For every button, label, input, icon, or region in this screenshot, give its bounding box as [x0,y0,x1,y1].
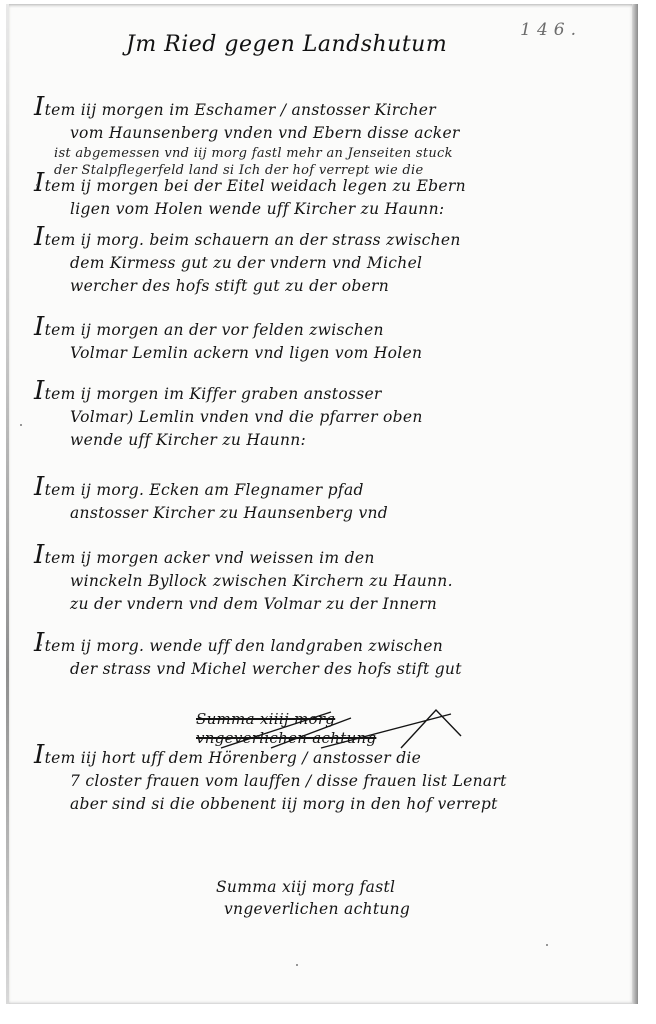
folio-number: 146. [520,20,582,40]
summary-line: Summa xiij morg fastl [216,876,410,898]
scan-speck [296,964,298,966]
entry-line: Item ij morgen acker vnd weissen im den [34,544,624,570]
entry-4: Item ij morgen an der vor felden zwische… [34,316,624,365]
scan-edge-left [6,4,9,1004]
entry-line: Volmar Lemlin ackern vnd ligen vom Holen [34,342,624,365]
entry-line: Item ij morg. beim schauern an der stras… [34,226,624,252]
interlinear-note: ist abgemessen vnd iij morg fastl mehr a… [34,145,624,162]
entry-line: Volmar) Lemlin vnden vnd die pfarrer obe… [34,406,624,429]
entry-line: Item iij hort uff dem Hörenberg / anstos… [34,744,624,770]
entry-line: Item ij morgen im Kiffer graben anstosse… [34,380,624,406]
entry-final: Item iij hort uff dem Hörenberg / anstos… [34,744,624,816]
entry-line: anstosser Kircher zu Haunsenberg vnd [34,502,624,525]
entry-line: wercher des hofs stift gut zu der obern [34,275,624,298]
summary-line: vngeverlichen achtung [216,898,410,920]
entry-line: 7 closter frauen vom lauffen / disse fra… [34,770,624,793]
entry-line: zu der vndern vnd dem Volmar zu der Inne… [34,593,624,616]
scan-edge-right [632,4,638,1004]
entry-line: der strass vnd Michel wercher des hofs s… [34,658,624,681]
scan-speck [40,644,42,646]
entry-line: Item ij morg. Ecken am Flegnamer pfad [34,476,624,502]
entry-line: ligen vom Holen wende uff Kircher zu Hau… [34,198,624,221]
entry-line: Item ij morgen an der vor felden zwische… [34,316,624,342]
summary-block: Summa xiij morg fastl vngeverlichen acht… [216,876,410,920]
entry-line: vom Haunsenberg vnden vnd Ebern disse ac… [34,122,624,145]
entry-1: Item iij morgen im Eschamer / anstosser … [34,96,624,179]
scan-speck [20,424,22,426]
entry-line: dem Kirmess gut zu der vndern vnd Michel [34,252,624,275]
entry-line: Item ij morgen bei der Eitel weidach leg… [34,172,624,198]
scan-speck [546,944,548,946]
entry-line: aber sind si die obbenent iij morg in de… [34,793,624,816]
entry-3: Item ij morg. beim schauern an der stras… [34,226,624,298]
entry-line: winckeln Byllock zwischen Kirchern zu Ha… [34,570,624,593]
entry-line: Item ij morg. wende uff den landgraben z… [34,632,624,658]
entry-6: Item ij morg. Ecken am Flegnamer pfad an… [34,476,624,525]
entry-line: Item iij morgen im Eschamer / anstosser … [34,96,624,122]
entry-8: Item ij morg. wende uff den landgraben z… [34,632,624,681]
scan-speck [36,184,38,186]
entry-2: Item ij morgen bei der Eitel weidach leg… [34,172,624,221]
page-heading: Jm Ried gegen Landshutum [126,32,447,57]
entry-5: Item ij morgen im Kiffer graben anstosse… [34,380,624,452]
entry-line: wende uff Kircher zu Haunn: [34,429,624,452]
manuscript-page: 146. Jm Ried gegen Landshutum Item iij m… [6,4,638,1004]
entry-7: Item ij morgen acker vnd weissen im den … [34,544,624,616]
